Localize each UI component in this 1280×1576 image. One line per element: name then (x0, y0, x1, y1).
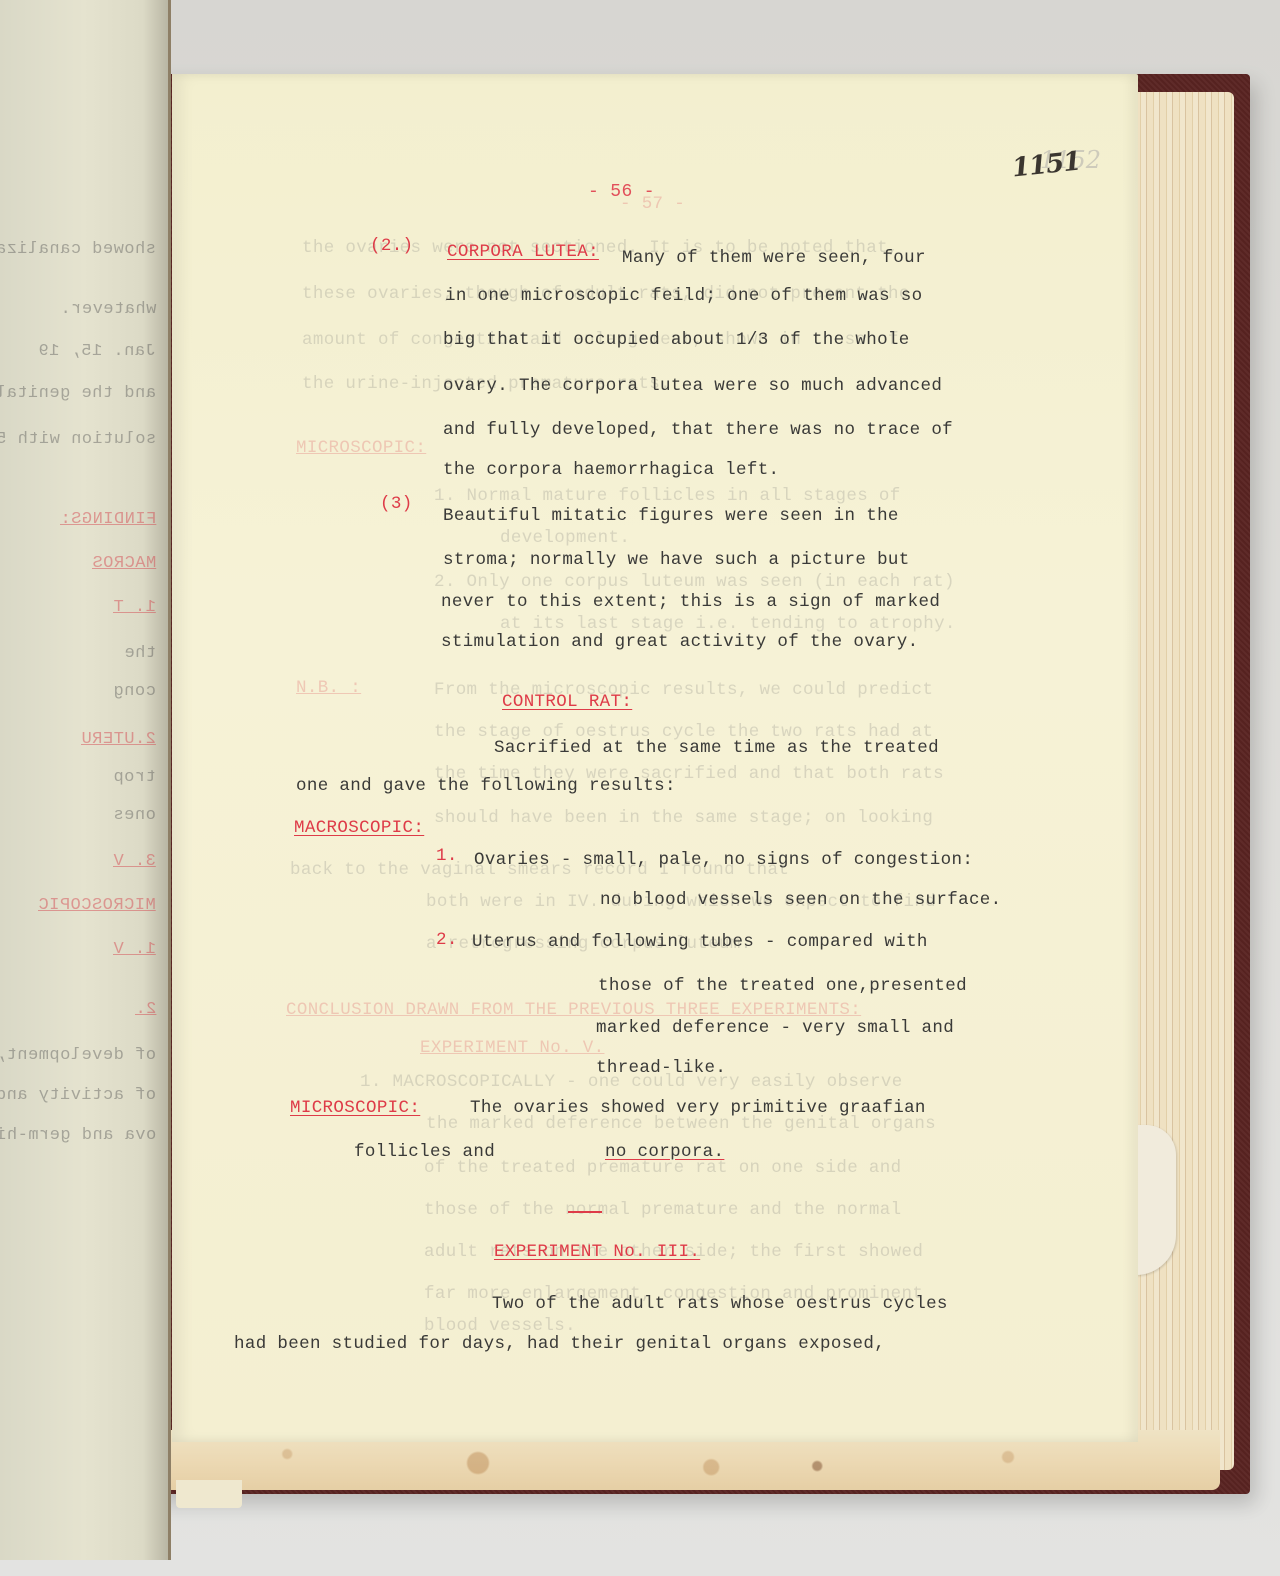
section-heading-microscopic: MICROSCOPIC: (290, 1098, 420, 1118)
body-line: Sacrified at the same time as the treate… (494, 738, 939, 758)
body-line: big that it occupied about 1/3 of the wh… (443, 330, 910, 350)
body-line: those of the treated one,presented (598, 976, 967, 996)
body-line: The ovaries showed very primitive graafi… (470, 1098, 926, 1118)
section-heading-corpora-lutea: CORPORA LUTEA: (447, 242, 599, 262)
body-line: Two of the adult rats whose oestrus cycl… (492, 1294, 948, 1314)
page-number: - 56 - (588, 182, 655, 202)
mirrored-line: ova and germ-hil (0, 1126, 156, 1145)
list-marker: 1. (436, 846, 458, 866)
mirrored-line: whatever. (60, 300, 156, 319)
item-marker: (3) (380, 494, 413, 514)
ghost-heading: EXPERIMENT No. V. (420, 1038, 604, 1058)
list-marker: 2. (436, 930, 458, 950)
mirrored-line: solution with 5% (0, 430, 156, 449)
mirrored-line: 3. V (113, 852, 156, 871)
ghost-line: 1. Normal mature follicles in all stages… (434, 486, 901, 506)
mirrored-line: of development, r (0, 1046, 156, 1065)
mirrored-line: the (124, 644, 156, 663)
mirrored-line: Jan. 15, 19 (38, 342, 156, 361)
mirrored-line: 1. V (113, 940, 156, 959)
mirrored-line: of activity and r (0, 1086, 156, 1105)
body-line: stroma; normally we have such a picture … (443, 550, 910, 570)
red-dash-divider (568, 1211, 602, 1213)
ghost-line: at its last stage i.e. tending to atroph… (500, 614, 956, 634)
mirrored-line: showed canalizati (0, 240, 156, 259)
mirrored-line: ones (113, 806, 156, 825)
body-line: no blood vessels seen on the surface. (600, 890, 1002, 910)
body-line: Beautiful mitatic figures were seen in t… (443, 506, 899, 526)
ghost-heading: MICROSCOPIC: (296, 438, 426, 458)
mirrored-heading: MACROS (92, 554, 156, 573)
bottom-paper-tab (176, 1480, 242, 1508)
body-line: marked deference - very small and (596, 1018, 954, 1038)
ghost-line: 2. Only one corpus luteum was seen (in e… (434, 572, 955, 592)
section-heading-control-rat: CONTROL RAT: (502, 692, 632, 712)
underlined-phrase: no corpora. (605, 1142, 724, 1162)
body-line: Uterus and following tubes - compared wi… (472, 932, 928, 952)
mirrored-line: and the genital o (0, 384, 156, 403)
body-line: and fully developed, that there was no t… (443, 420, 953, 440)
body-line: the corpora haemorrhagica left. (443, 460, 779, 480)
body-line: never to this extent; this is a sign of … (441, 592, 940, 612)
body-line: Ovaries - small, pale, no signs of conge… (474, 850, 973, 870)
mirrored-line: 1. T (113, 598, 156, 617)
body-line: one and gave the following results: (296, 776, 676, 796)
ghost-line: should have been in the same stage; on l… (434, 808, 933, 828)
ghost-heading: N.B. : (296, 678, 361, 698)
section-heading-experiment-3: EXPERIMENT No. III. (494, 1242, 700, 1262)
ghost-line: development. (500, 528, 630, 548)
body-line: stimulation and great activity of the ov… (441, 632, 918, 652)
torn-paper-tab (1136, 1125, 1176, 1275)
mirrored-heading: FINDINGS: (60, 510, 156, 529)
body-line: follicles and (354, 1142, 495, 1162)
mirrored-line: cong (113, 682, 156, 701)
mirrored-heading: MICROSCOPIC (38, 896, 156, 915)
document-page (172, 74, 1138, 1442)
ghost-line: blood vessels. (424, 1316, 576, 1336)
body-line: in one microscopic feild; one of them wa… (445, 286, 922, 306)
body-line: ovary. The corpora lutea were so much ad… (443, 376, 942, 396)
ghost-line: those of the normal premature and the no… (424, 1200, 901, 1220)
body-line: thread-like. (596, 1058, 726, 1078)
body-line: had been studied for days, had their gen… (234, 1334, 885, 1354)
mirrored-line: 2. (135, 1000, 156, 1019)
mirrored-heading: 2.UTERU (81, 730, 156, 749)
section-heading-macroscopic: MACROSCOPIC: (294, 818, 424, 838)
left-facing-page: showed canalizati whatever. Jan. 15, 19 … (0, 0, 171, 1560)
mirrored-line: trop (113, 768, 156, 787)
ghost-heading: CONCLUSION DRAWN FROM THE PREVIOUS THREE… (286, 1000, 861, 1020)
body-line: Many of them were seen, four (622, 248, 926, 268)
item-marker: (2.) (370, 236, 413, 256)
